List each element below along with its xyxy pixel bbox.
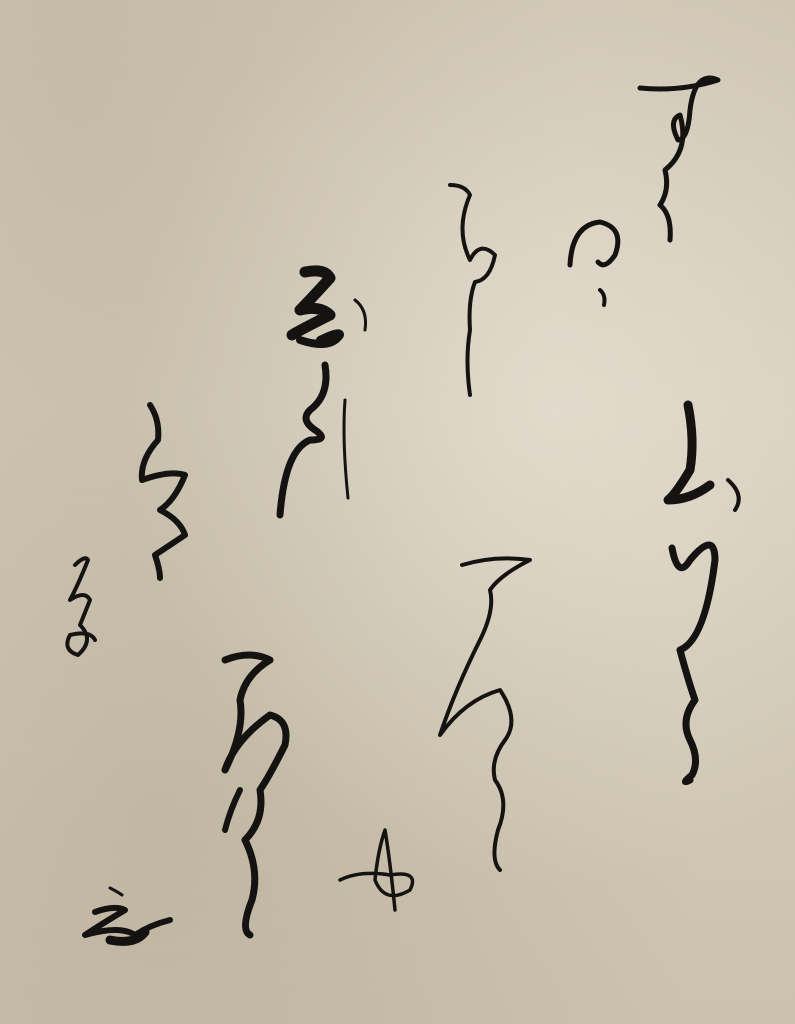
column-1-strokes <box>570 78 718 305</box>
column-5-strokes <box>340 830 413 910</box>
column-6-strokes <box>280 271 366 515</box>
calligraphy-ink <box>0 0 795 1024</box>
signature-strokes <box>85 888 170 941</box>
column-3-strokes <box>450 185 495 395</box>
column-8-strokes <box>142 405 185 578</box>
calligraphy-paper: すその 山のはる 霞 すみ ゆ 忘くし 雨のし るか 香 谷 <box>0 0 795 1024</box>
column-2-strokes <box>668 405 739 782</box>
column-4-strokes <box>440 558 530 870</box>
column-7-strokes <box>225 655 286 935</box>
column-9-strokes <box>67 558 95 655</box>
